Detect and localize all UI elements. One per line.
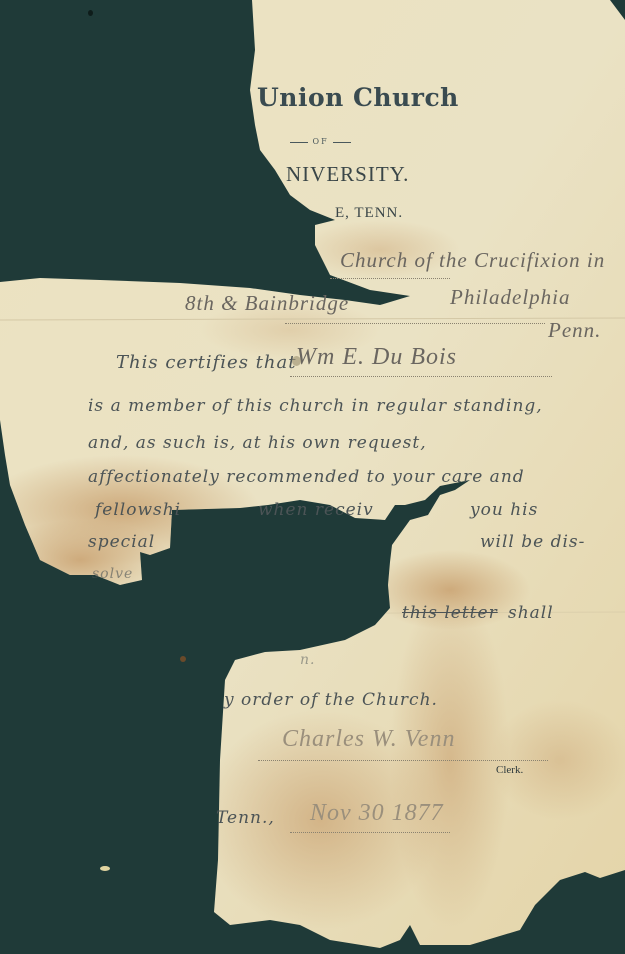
body-line-8-end: shall [508, 603, 554, 623]
letterhead-location: E, TENN. [335, 205, 403, 222]
body-line-3: and, as such is, at his own request, [88, 433, 427, 453]
paper-fragment-speck [100, 866, 110, 871]
body-line-8-struck: this letter [402, 603, 498, 623]
letterhead-title: Union Church [257, 83, 459, 112]
clerk-label: Clerk. [496, 764, 523, 776]
body-line-6-a: special [88, 532, 155, 552]
date-dotted-line [290, 832, 450, 833]
letterhead-institution: NIVERSITY. [286, 162, 409, 187]
body-line-5-a: fellowshi [95, 500, 181, 520]
member-name-dotted-line [290, 376, 552, 377]
body-line-1-prefix: This certifies that [116, 352, 296, 373]
place-label: Tenn., [216, 808, 275, 828]
letterhead-of: OF [290, 137, 351, 146]
body-line-5-c: you his [470, 500, 538, 520]
dark-speck [88, 10, 93, 16]
by-order-line: y order of the Church. [224, 690, 438, 710]
addressee-line-1: Church of the Crucifixion in [340, 248, 605, 273]
document-scan: Union Church OF NIVERSITY. E, TENN. Chur… [0, 0, 625, 954]
member-name: Wm E. Du Bois [296, 344, 457, 371]
addressee-dotted-line-2 [285, 323, 545, 324]
body-line-2: is a member of this church in regular st… [88, 396, 543, 416]
debris-speck [180, 656, 186, 662]
addressee-dotted-line-1 [330, 278, 450, 279]
body-line-6-b: will be dis- [480, 532, 585, 552]
body-line-4: affectionately recommended to your care … [88, 467, 525, 487]
body-line-7: solve [92, 566, 133, 582]
signature-dotted-line [258, 760, 548, 761]
addressee-line-2: 8th & Bainbridge [185, 291, 349, 316]
body-line-9: n. [300, 652, 315, 668]
letter-date: Nov 30 1877 [310, 800, 444, 827]
body-line-5-b: when receiv [258, 500, 374, 520]
addressee-line-2-tail: Philadelphia [450, 285, 571, 310]
addressee-line-3: Penn. [548, 318, 601, 343]
ink-blot [292, 356, 301, 366]
clerk-signature: Charles W. Venn [282, 726, 455, 753]
